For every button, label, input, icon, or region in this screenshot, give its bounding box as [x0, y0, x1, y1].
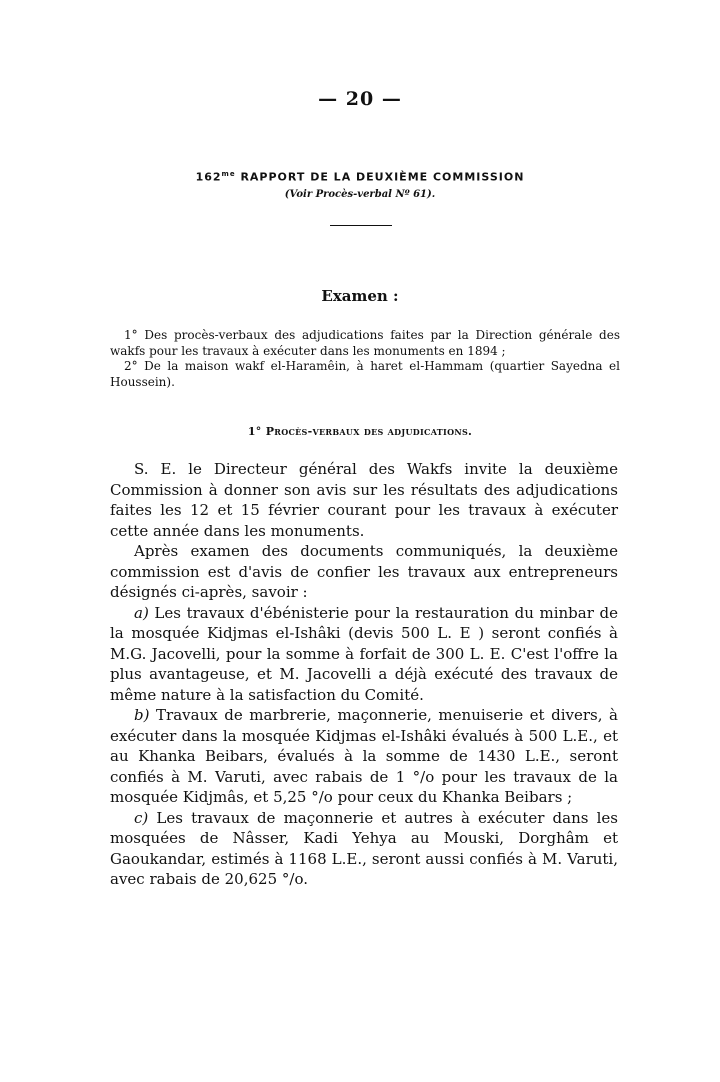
report-number-suffix: me: [222, 170, 236, 178]
report-number: 162: [196, 171, 222, 184]
report-title-text: RAPPORT DE LA DEUXIÈME COMMISSION: [240, 171, 524, 184]
paragraph-item-b: b) Travaux de marbrerie, maçonnerie, men…: [110, 705, 618, 808]
section-heading: Examen :: [0, 287, 720, 305]
summary-item: 1° Des procès-verbaux des adjudications …: [110, 328, 620, 359]
report-title: 162me RAPPORT DE LA DEUXIÈME COMMISSION: [0, 170, 720, 184]
summary-item: 2° De la maison wakf el-Haramêin, à hare…: [110, 359, 620, 390]
paragraph-item-c: c) Les travaux de maçonnerie et autres à…: [110, 808, 618, 890]
paragraph-item-a: a) Les travaux d'ébénisterie pour la res…: [110, 603, 618, 706]
report-reference: (Voir Procès-verbal Nº 61).: [0, 189, 720, 200]
subsection-heading: 1° Procès-verbaux des adjudications.: [0, 425, 720, 438]
paragraph-text: Les travaux d'ébénisterie pour la restau…: [110, 604, 618, 704]
body-text: S. E. le Directeur général des Wakfs inv…: [110, 459, 618, 890]
paragraph-text: S. E. le Directeur général des Wakfs inv…: [110, 460, 618, 540]
page-number: — 20 —: [0, 88, 720, 110]
item-letter: a): [134, 604, 149, 622]
paragraph-decision: Après examen des documents communiqués, …: [110, 541, 618, 603]
item-letter: b): [134, 706, 149, 724]
summary-list: 1° Des procès-verbaux des adjudications …: [110, 328, 620, 390]
paragraph-text: Travaux de marbrerie, maçonnerie, menuis…: [110, 706, 618, 806]
divider-rule: [330, 225, 392, 226]
paragraph-text: Les travaux de maçonnerie et autres à ex…: [110, 809, 618, 889]
paragraph-text: Après examen des documents communiqués, …: [110, 542, 618, 601]
paragraph-intro: S. E. le Directeur général des Wakfs inv…: [110, 459, 618, 541]
item-letter: c): [134, 809, 148, 827]
